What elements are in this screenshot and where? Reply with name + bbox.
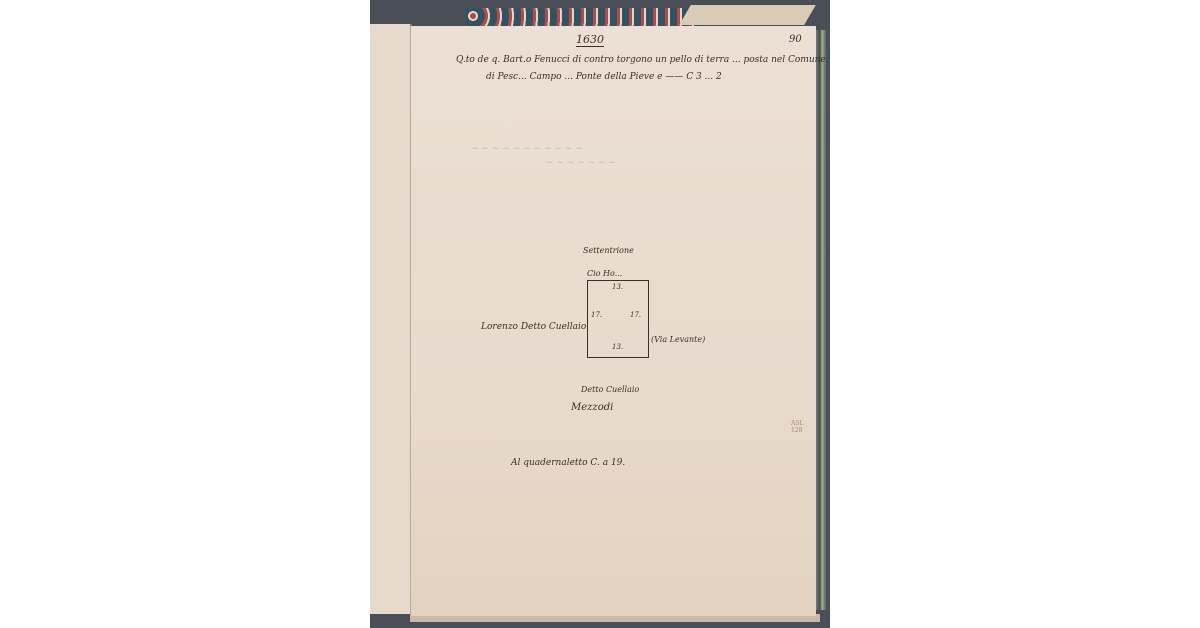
south-label: Mezzodi [571, 402, 613, 413]
north-label: Settentrione [583, 246, 634, 255]
east-side-label: (Via Levante) [651, 335, 705, 344]
measure-top: 13. [612, 283, 623, 291]
marbled-cover-top [465, 8, 700, 26]
manuscript-scan: 1630 90 Q.to de q. Bart.o Fenucci di con… [370, 0, 830, 628]
west-side-label: Lorenzo Detto Cuellaio [481, 322, 586, 332]
marbled-cover-right-edge [815, 30, 827, 610]
bleed-through-text: ~ ~ ~ ~ ~ ~ ~ [546, 158, 616, 168]
header-line-2: di Pesc... Campo ... Ponte della Pieve e… [486, 72, 722, 82]
archive-stamp: ASL 128 [791, 420, 803, 434]
stamp-line-1: ASL [791, 420, 803, 427]
measure-bottom: 13. [612, 343, 623, 351]
left-page-edge [370, 24, 412, 614]
bleed-through-text: ~ ~ ~ ~ ~ ~ ~ ~ ~ ~ ~ [471, 144, 583, 154]
folio-number: 90 [789, 34, 802, 45]
stamp-line-2: 128 [791, 427, 803, 434]
measure-left: 17. [591, 311, 602, 319]
south-side-label: Detto Cuellaio [581, 385, 639, 394]
year-heading: 1630 [576, 33, 604, 47]
manuscript-page: 1630 90 Q.to de q. Bart.o Fenucci di con… [410, 26, 816, 616]
north-side-label: Cio Ho... [587, 269, 622, 278]
measure-right: 17. [630, 311, 641, 319]
land-plot-diagram: 13. 17. 17. 13. [587, 280, 649, 358]
footer-note: Al quadernaletto C. a 19. [511, 458, 625, 468]
header-line-1: Q.to de q. Bart.o Fenucci di contro torg… [456, 55, 826, 65]
vellum-fold [679, 5, 816, 25]
